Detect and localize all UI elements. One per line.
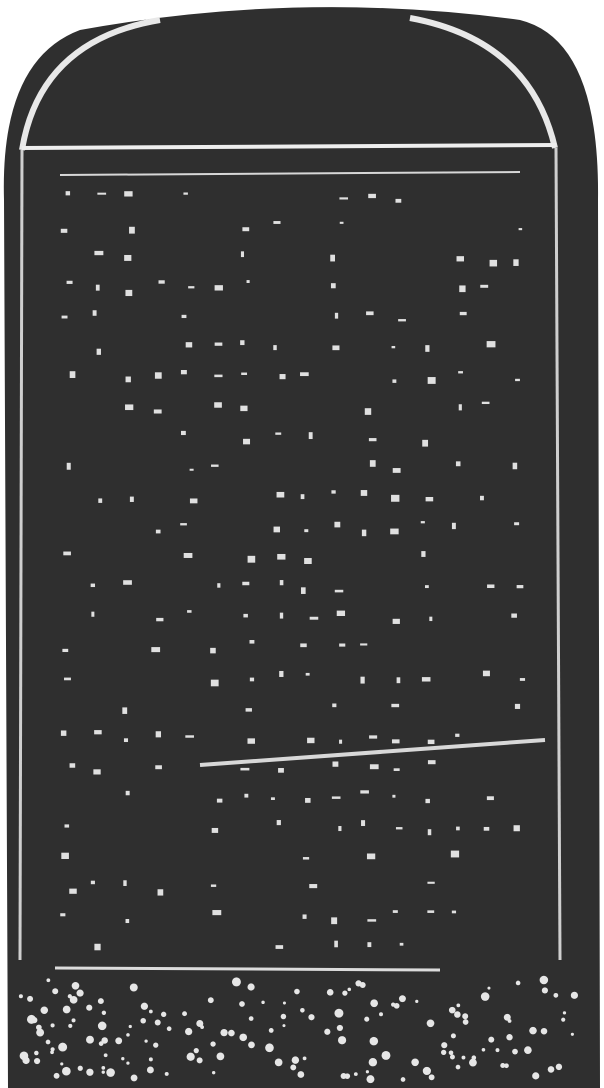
panel-left-line [20,150,22,960]
stele-rubbing [0,0,604,1088]
stele-body [4,7,600,1088]
panel-bottom-line [55,968,440,970]
stele-rubbing-artwork [0,0,604,1088]
